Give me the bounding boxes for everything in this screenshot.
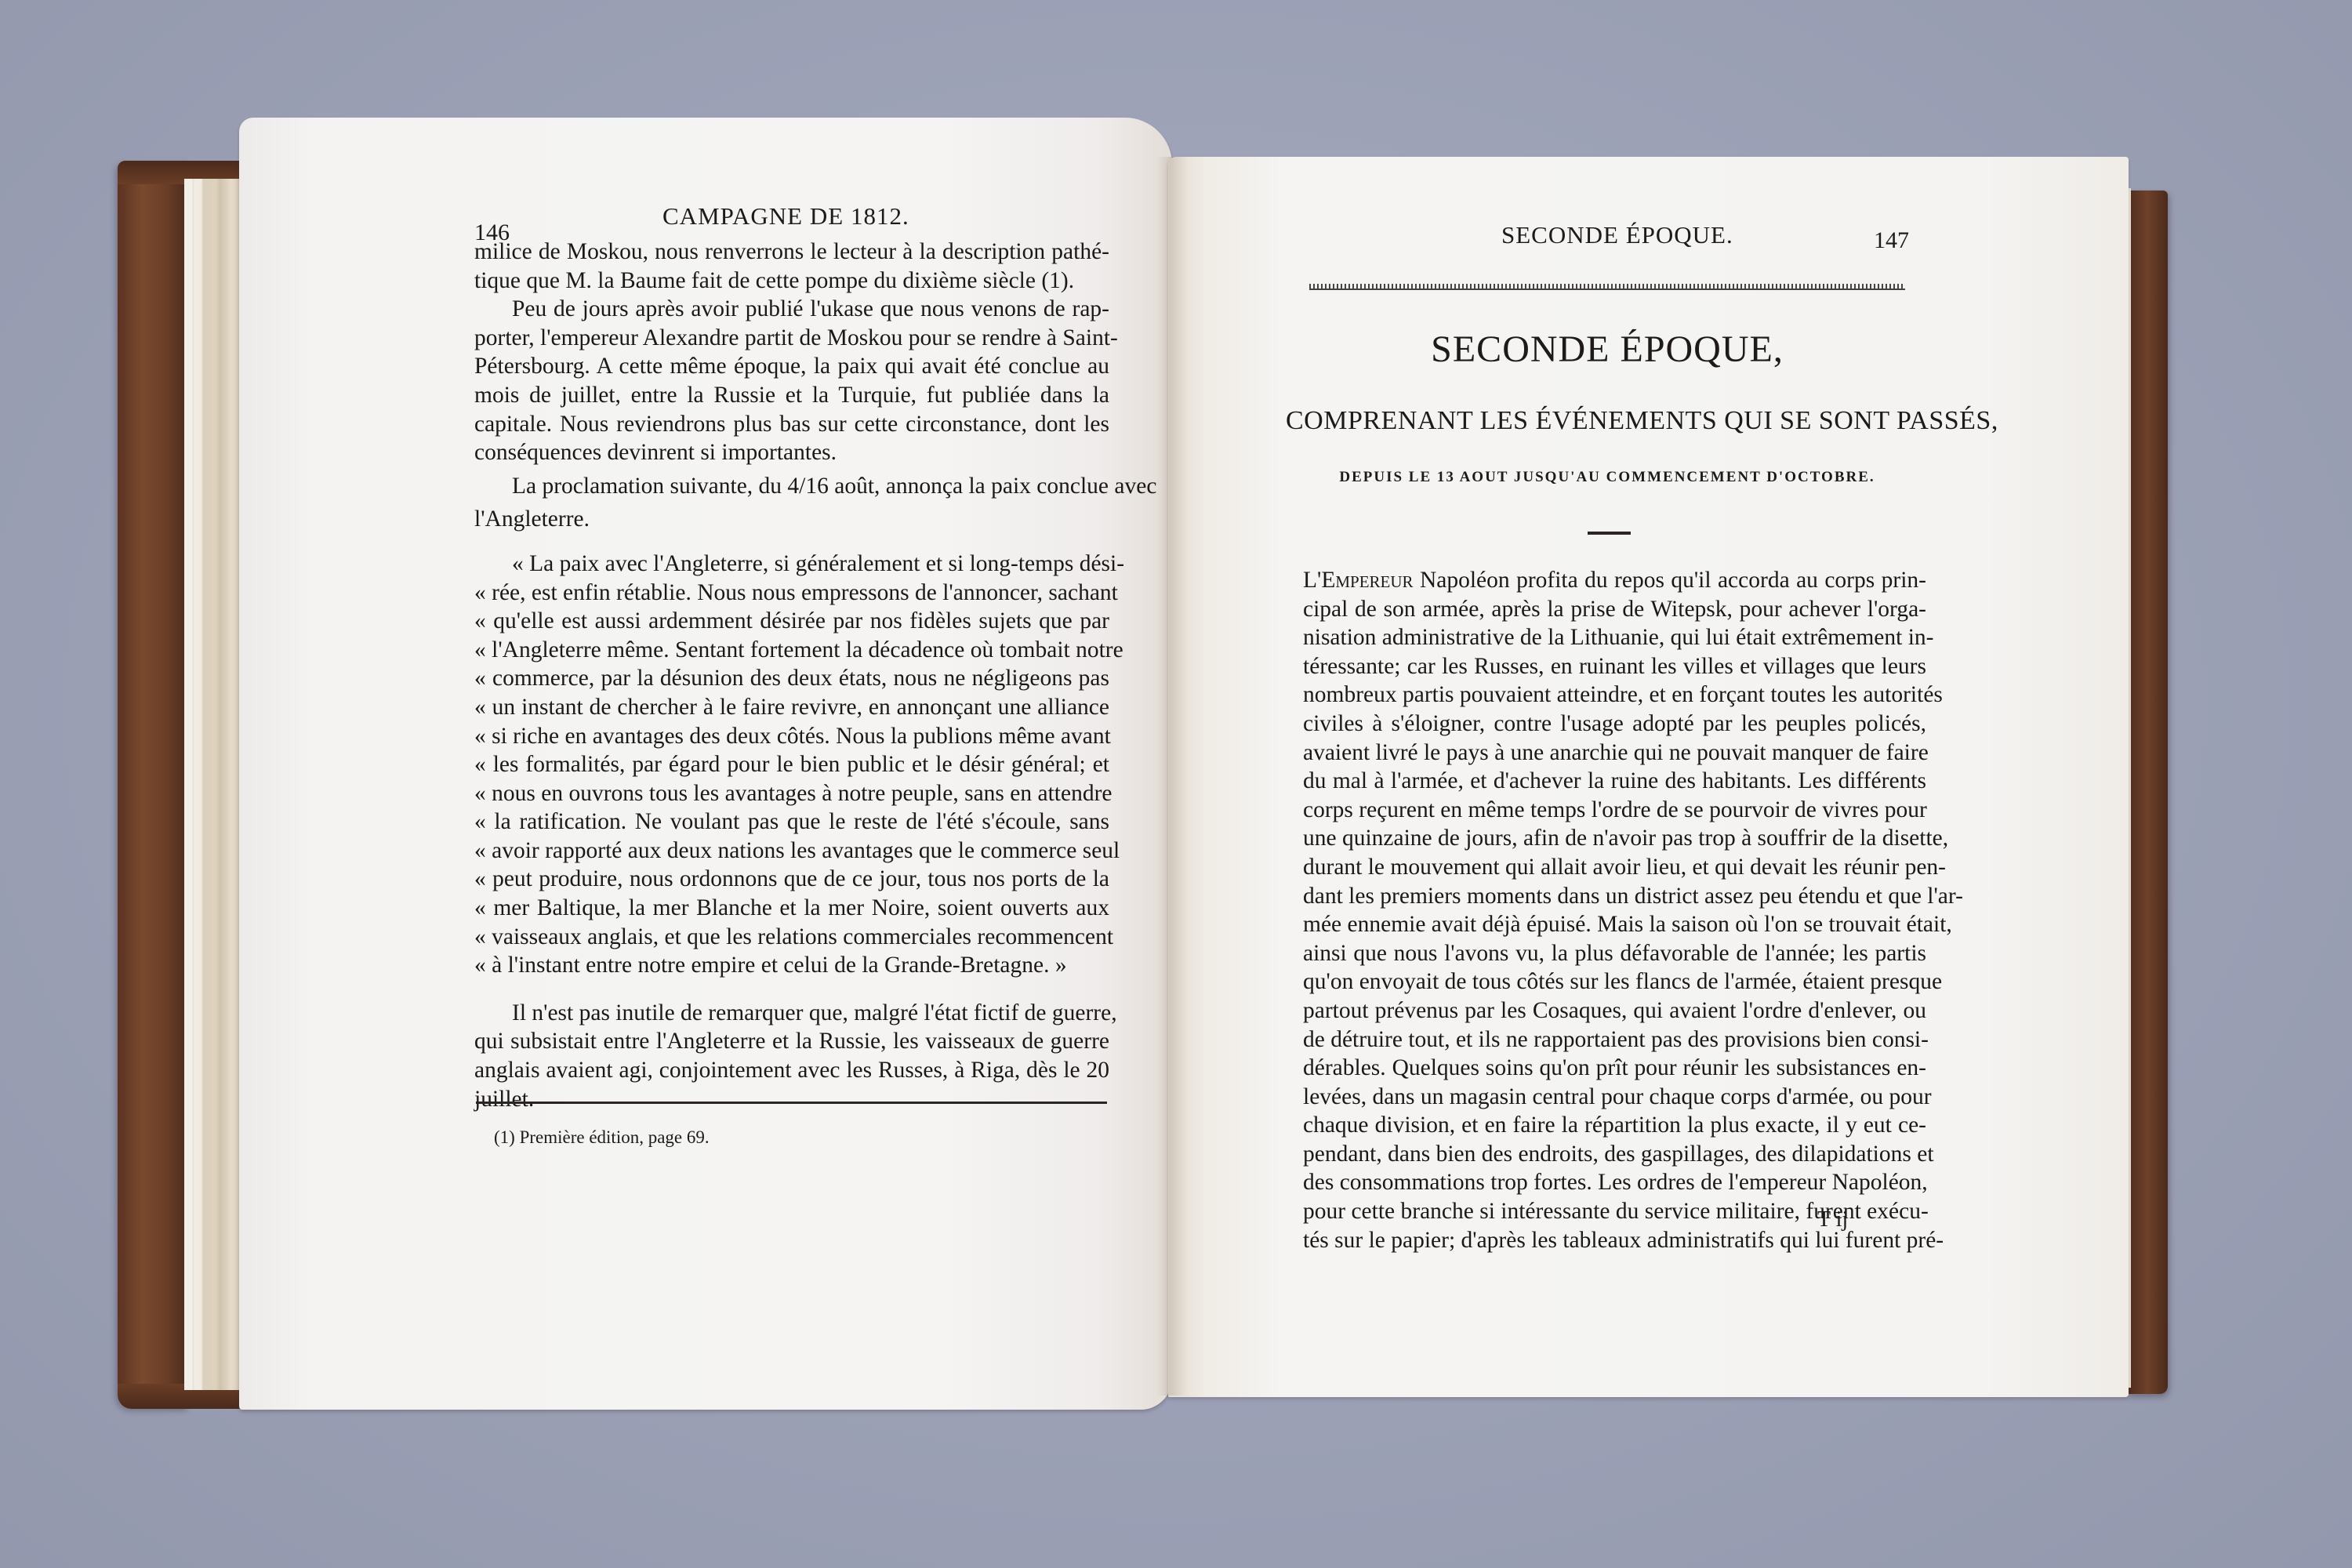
text-line: qu'on envoyait de tous côtés sur les fla… (1303, 967, 1926, 996)
text-line: tique que M. la Baume fait de cette pomp… (474, 267, 1109, 296)
ornamental-wavy-rule (1309, 284, 1905, 290)
text-line: dérables. Quelques soins qu'on prît pour… (1303, 1054, 1926, 1083)
text-line: mois de juillet, entre la Russie et la T… (474, 381, 1109, 410)
text-line: qui subsistait entre l'Angleterre et la … (474, 1027, 1109, 1056)
quote-line: « commerce, par la désunion des deux éta… (474, 664, 1109, 693)
text-line: civiles à s'éloigner, contre l'usage ado… (1303, 710, 1926, 739)
lead-in-smallcaps: L'Empereur (1303, 568, 1414, 593)
text-line: l'Angleterre. (474, 505, 1109, 534)
left-running-head: CAMPAGNE DE 1812. (662, 202, 909, 230)
text-line: Peu de jours après avoir publié l'ukase … (474, 295, 1109, 324)
text-line: partout prévenus par les Cosaques, qui a… (1303, 996, 1926, 1025)
right-page-body: L'Empereur Napoléon profita du repos qu'… (1303, 566, 1926, 1254)
section-subtitle: COMPRENANT LES ÉVÉNEMENTS QUI SE SONT PA… (1286, 406, 1929, 436)
book-cover-right (2127, 191, 2168, 1394)
section-dates: DEPUIS LE 13 AOUT JUSQU'AU COMMENCEMENT … (1286, 469, 1929, 486)
section-title: SECONDE ÉPOQUE, (1286, 328, 1929, 371)
text-line: La proclamation suivante, du 4/16 août, … (474, 472, 1109, 501)
quote-line: « La paix avec l'Angleterre, si générale… (474, 550, 1109, 579)
text-line: des consommations trop fortes. Les ordre… (1303, 1168, 1926, 1197)
text-line: nombreux partis pouvaient atteindre, et … (1303, 681, 1926, 710)
book-cover-left (118, 161, 188, 1407)
quote-line: « si riche en avantages des deux côtés. … (474, 722, 1109, 751)
text-line: de détruire tout, et ils ne rapportaient… (1303, 1025, 1926, 1054)
right-running-head: SECONDE ÉPOQUE. (1501, 221, 1733, 249)
text-line: anglais avaient agi, conjointement avec … (474, 1056, 1109, 1085)
text-line: capitale. Nous reviendrons plus bas sur … (474, 410, 1109, 439)
text-line: chaque division, et en faire la répartit… (1303, 1111, 1926, 1140)
text-line: nisation administrative de la Lithuanie,… (1303, 623, 1926, 652)
footnote-rule (476, 1102, 1107, 1104)
text-line: une quinzaine de jours, afin de n'avoir … (1303, 824, 1926, 853)
quote-line: « à l'instant entre notre empire et celu… (474, 951, 1109, 980)
text-line: L'Empereur Napoléon profita du repos qu'… (1303, 566, 1926, 595)
quote-line: « rée, est enfin rétablie. Nous nous emp… (474, 579, 1109, 608)
section-separator (1588, 532, 1631, 535)
text-line: levées, dans un magasin central pour cha… (1303, 1083, 1926, 1112)
quote-line: « peut produire, nous ordonnons que de c… (474, 865, 1109, 894)
quote-line: « un instant de chercher à le faire revi… (474, 693, 1109, 722)
left-page-body: milice de Moskou, nous renverrons le lec… (474, 238, 1109, 1113)
text-line: porter, l'empereur Alexandre partit de M… (474, 324, 1109, 353)
text-line: ainsi que nous l'avons vu, la plus défav… (1303, 939, 1926, 968)
text-line: corps reçurent en même temps l'ordre de … (1303, 796, 1926, 825)
quote-line: « avoir rapporté aux deux nations les av… (474, 837, 1109, 866)
quote-line: « vaisseaux anglais, et que les relation… (474, 923, 1109, 952)
text-line: du mal à l'armée, et d'achever la ruine … (1303, 767, 1926, 796)
quote-line: « l'Angleterre même. Sentant fortement l… (474, 636, 1109, 665)
text-line: durant le mouvement qui allait avoir lie… (1303, 853, 1926, 882)
text-line: pendant, dans bien des endroits, des gas… (1303, 1140, 1926, 1169)
text-line: juillet. (474, 1085, 1109, 1114)
text-line: téressante; car les Russes, en ruinant l… (1303, 652, 1926, 681)
signature-mark: T ij (1817, 1207, 1848, 1232)
text-line: milice de Moskou, nous renverrons le lec… (474, 238, 1109, 267)
text-line: Pétersbourg. A cette même époque, la pai… (474, 352, 1109, 381)
quote-line: « nous en ouvrons tous les avantages à n… (474, 779, 1109, 808)
text-line: mée ennemie avait déjà épuisé. Mais la s… (1303, 910, 1926, 939)
text-line: cipal de son armée, après la prise de Wi… (1303, 595, 1926, 624)
quote-line: « mer Baltique, la mer Blanche et la mer… (474, 894, 1109, 923)
text-line: avaient livré le pays à une anarchie qui… (1303, 739, 1926, 768)
quote-line: « la ratification. Ne voulant pas que le… (474, 808, 1109, 837)
gutter-shadow (1156, 157, 1188, 1396)
text-line: Il n'est pas inutile de remarquer que, m… (474, 999, 1109, 1028)
quote-line: « les formalités, par égard pour le bien… (474, 750, 1109, 779)
text-line: dant les premiers moments dans un distri… (1303, 882, 1926, 911)
right-page-number: 147 (1874, 227, 1909, 254)
quote-line: « qu'elle est aussi ardemment désirée pa… (474, 607, 1109, 636)
text-line: conséquences devinrent si importantes. (474, 438, 1109, 467)
footnote: (1) Première édition, page 69. (494, 1127, 710, 1148)
